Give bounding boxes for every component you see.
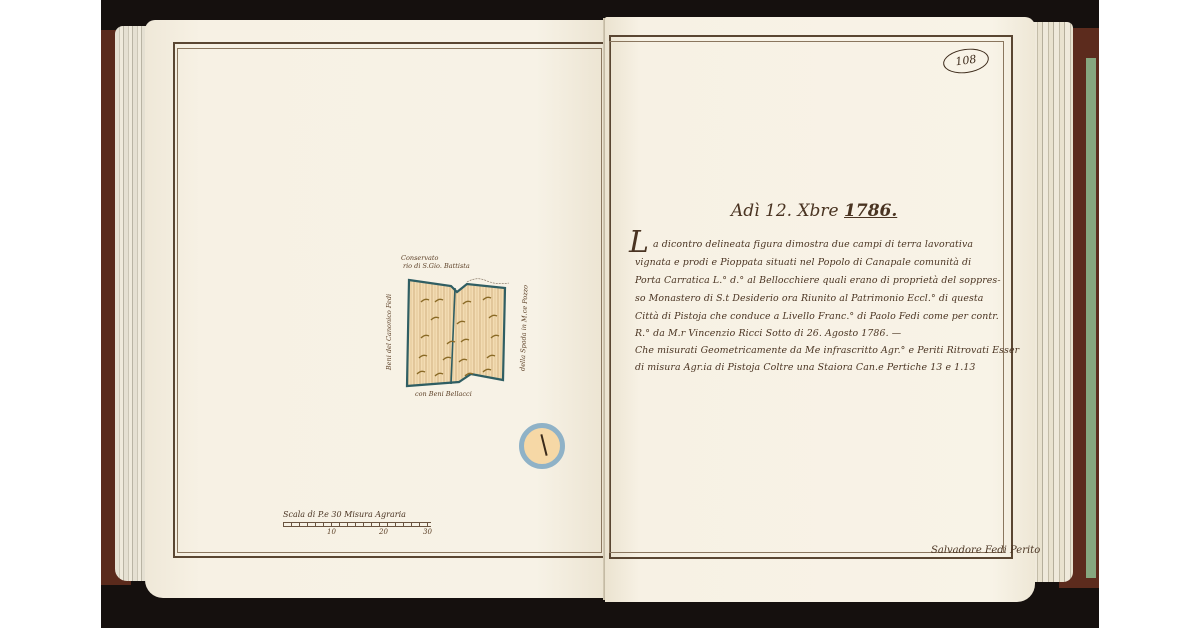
text-line: Città di Pistoja che conduce a Livello F… (635, 311, 999, 322)
map-label-left: Beni del Canonico Fedi (385, 294, 393, 370)
scale-bar (283, 522, 431, 527)
date-heading-prefix: Adì 12. Xbre (731, 201, 839, 221)
text-line: a dicontro delineata figura dimostra due… (653, 239, 973, 250)
book-scan: Conservato rio di S.Gio. Battista Beni d… (101, 0, 1099, 628)
map-scale: Scala di P.e 30 Misura Agraria 10 20 30 (283, 510, 433, 519)
map-label-top: Conservato (401, 254, 438, 262)
map-label-top-2: rio di S.Gio. Battista (403, 262, 470, 270)
right-page: 108 Adì 12. Xbre 1786. L a dicontro deli… (605, 17, 1035, 602)
map-label-top-line2: rio di S.Gio. (403, 262, 442, 270)
text-line: R.° da M.r Vincenzio Ricci Sotto di 26. … (635, 328, 901, 339)
field-map-drawing (395, 266, 519, 392)
text-line: so Monastero di S.t Desiderio ora Riunit… (635, 293, 984, 304)
compass-rose (519, 423, 565, 469)
text-line: Porta Carratica L.° d.° al Bellocchiere … (635, 275, 1001, 286)
scale-tick: 20 (379, 528, 388, 536)
map-label-bottom: con Beni Bellacci (415, 390, 472, 398)
map-label-top-line1: Conservato (401, 254, 438, 262)
scale-title: Scala di P.e 30 Misura Agraria (283, 510, 433, 519)
green-endpaper (1086, 58, 1096, 578)
left-page: Conservato rio di S.Gio. Battista Beni d… (145, 20, 605, 598)
date-heading-year: 1786. (844, 201, 897, 221)
scale-tick: 30 (423, 528, 432, 536)
text-line: Che misurati Geometricamente da Me infra… (635, 345, 1019, 356)
scale-tick: 10 (327, 528, 336, 536)
map-label-top-line3: Battista (444, 262, 470, 270)
field-map: Conservato rio di S.Gio. Battista Beni d… (395, 266, 519, 392)
text-line: vignata e prodi e Pioppata situati nel P… (635, 257, 971, 268)
drop-initial: L (629, 225, 649, 260)
date-heading: Adì 12. Xbre 1786. (731, 201, 897, 221)
text-line: di misura Agr.ia di Pistoja Coltre una S… (635, 362, 975, 373)
signature: Salvadore Fedi Perito (931, 545, 1040, 556)
compass-needle-icon (540, 434, 547, 456)
